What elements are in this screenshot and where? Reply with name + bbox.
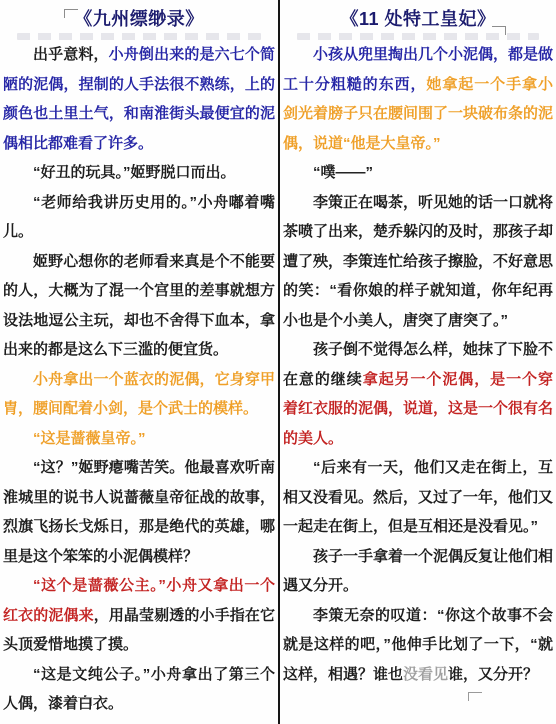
paragraph: 李策无奈的叹道：“你这个故事不会就是这样的吧，”他伸手比划了一下，“就这样，相遇… [283, 601, 553, 690]
paragraph: 李策正在喝茶，听见她的话一口就将茶喷了出来，楚乔躲闪的及时，那孩子却遭了殃，李策… [283, 188, 553, 336]
right-column: 《11 处特工皇妃》 小孩从兜里掏出几个小泥偶，都是做工十分粗糙的东西，她拿起一… [278, 0, 556, 724]
text-segment: “噗——” [313, 164, 373, 181]
paragraph: “老师给我讲历史用的。”小舟嘟着嘴儿。 [3, 188, 275, 247]
text-segment: “这是蔷薇皇帝。” [33, 430, 146, 447]
text-segment: “后来有一天，他们又走在街上，互相又没看见。然后，又过了一年，他们又一起走在街上… [283, 459, 553, 535]
paragraph: 小孩从兜里掏出几个小泥偶，都是做工十分粗糙的东西，她拿起一个手拿小剑光着膀子只在… [283, 40, 553, 158]
text-segment: 孩子一手拿着一个泥偶反复让他们相遇又分开。 [283, 548, 553, 595]
text-segment: “这？”姬野瘪嘴苦笑。他最喜欢听南淮城里的说书人说蔷薇皇帝征战的故事，烈旗飞扬长… [3, 459, 275, 565]
paragraph: 小舟拿出一个蓝衣的泥偶，它身穿甲胄，腰间配着小剑，是个武士的模样。 [3, 365, 275, 424]
text-segment: “老师给我讲历史用的。”小舟嘟着嘴儿。 [3, 194, 275, 241]
left-column-title: 《九州缥缈录》 [3, 5, 275, 31]
text-segment: 李策正在喝茶，听见她的话一口就将茶喷了出来，楚乔躲闪的及时，那孩子却遭了殃，李策… [283, 194, 553, 329]
text-boundary-mark-top-left [64, 9, 78, 18]
paragraph: 姬野心想你的老师看来真是个不能要的人，大概为了混一个宫里的差事就想方设法地逗公主… [3, 247, 275, 365]
paragraph: 孩子倒不觉得怎么样，她抹了下脸不在意的继续拿起另一个泥偶，是一个穿着红衣服的泥偶… [283, 335, 553, 453]
text-segment: 没看见 [403, 666, 448, 683]
paragraph: 出乎意料，小舟倒出来的是六七个简陋的泥偶，捏制的人手法很不熟练，上的颜色也土里土… [3, 40, 275, 158]
paragraph: “这？”姬野瘪嘴苦笑。他最喜欢听南淮城里的说书人说蔷薇皇帝征战的故事，烈旗飞扬长… [3, 453, 275, 571]
document-page: 《九州缥缈录》 出乎意料，小舟倒出来的是六七个简陋的泥偶，捏制的人手法很不熟练，… [0, 0, 556, 724]
right-paragraph-list: 小孩从兜里掏出几个小泥偶，都是做工十分粗糙的东西，她拿起一个手拿小剑光着膀子只在… [283, 40, 553, 689]
text-segment: 谁，又分开？ [448, 666, 538, 683]
text-segment: 小舟拿出一个蓝衣的泥偶，它身穿甲胄，腰间配着小剑，是个武士的模样。 [3, 371, 275, 418]
text-boundary-mark-bottom-left [78, 697, 92, 706]
left-paragraph-list: 出乎意料，小舟倒出来的是六七个简陋的泥偶，捏制的人手法很不熟练，上的颜色也土里土… [3, 40, 275, 719]
paragraph: “后来有一天，他们又走在街上，互相又没看见。然后，又过了一年，他们又一起走在街上… [283, 453, 553, 542]
left-column: 《九州缥缈录》 出乎意料，小舟倒出来的是六七个简陋的泥偶，捏制的人手法很不熟练，… [0, 0, 278, 724]
text-boundary-mark-bottom-right [468, 692, 482, 701]
paragraph: “这是蔷薇皇帝。” [3, 424, 275, 454]
paragraph: “这是文纯公子。”小舟拿出了第三个人偶，漆着白衣。 [3, 660, 275, 719]
text-segment: 出乎意料， [33, 46, 109, 63]
text-segment: 姬野心想你的老师看来真是个不能要的人，大概为了混一个宫里的差事就想方设法地逗公主… [3, 253, 275, 359]
text-segment: “好丑的玩具。”姬野脱口而出。 [33, 164, 236, 181]
paragraph: 孩子一手拿着一个泥偶反复让他们相遇又分开。 [283, 542, 553, 601]
paragraph: “这个是蔷薇公主。”小舟又拿出一个红衣的泥偶来，用晶莹剔透的小手指在它头顶爱惜地… [3, 571, 275, 660]
right-column-title: 《11 处特工皇妃》 [283, 5, 553, 31]
paragraph: “好丑的玩具。”姬野脱口而出。 [3, 158, 275, 188]
text-segment: “这是文纯公子。”小舟拿出了第三个人偶，漆着白衣。 [3, 666, 275, 713]
text-boundary-mark-top-right [492, 26, 506, 35]
erased-watermark-remnant [17, 33, 261, 40]
paragraph: “噗——” [283, 158, 553, 188]
